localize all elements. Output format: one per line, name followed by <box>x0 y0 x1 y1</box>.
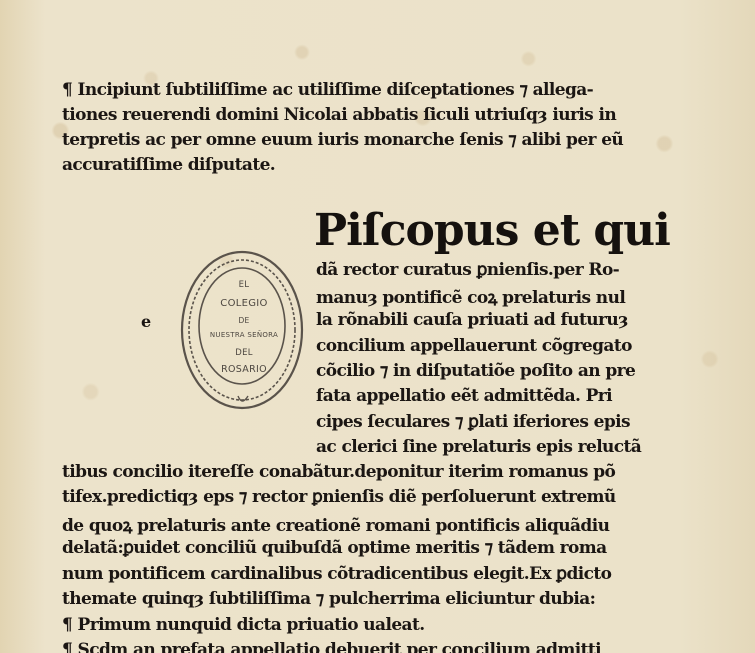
incipit-line-4: accuratiſſime diſputate. <box>62 155 275 175</box>
incipit-line-3: terpretis ac per omne euum iuris monarch… <box>62 130 623 150</box>
stamp-line-4: NUESTRA SEÑORA <box>178 331 310 339</box>
body-narrow-line-6: fata appellatio eẽt admittẽda. Pri <box>316 386 612 406</box>
body-narrow-line-3: la rõnabili cauſa priuati ad futuruȝ <box>316 310 628 330</box>
stamp-oval-icon <box>178 246 310 414</box>
stamp-line-6: ROSARIO <box>178 364 310 375</box>
body-narrow-line-4: concilium appellauerunt cõgregato <box>316 336 632 356</box>
body-wide-line-6: themate quinqȝ ſubtiliſſima ⁊ pulcherrim… <box>62 589 595 609</box>
document-page: ¶ Incipiunt ſubtiliſſime ac utiliſſime d… <box>0 0 755 653</box>
library-stamp: EL COLEGIO DE NUESTRA SEÑORA DEL ROSARIO <box>178 246 310 414</box>
body-narrow-line-2: manuȝ pontificẽ coꝝ prelaturis nul <box>316 285 625 308</box>
stamp-line-5: DEL <box>178 348 310 358</box>
body-wide-line-4: delatã:ꝑuidet conciliũ quibuſdã optime m… <box>62 538 607 558</box>
stamp-line-1: EL <box>178 280 310 290</box>
body-wide-line-1: tibus concilio itereſſe conabãtur.deponi… <box>62 462 615 482</box>
body-narrow-line-8: ac clerici ſine prelaturis epis reluctã <box>316 437 641 457</box>
incipit-line-2: tiones reuerendi domini Nicolai abbatis … <box>62 105 616 125</box>
body-narrow-line-7: cipes ſeculares ⁊ ꝑlati iferiores epis <box>316 412 630 432</box>
body-wide-line-7: ¶ Primum nunquid dicta priuatio ualeat. <box>62 615 425 635</box>
body-narrow-line-1: dã rector curatus ꝑnienſis.per Ro- <box>316 260 619 280</box>
stamp-line-2: COLEGIO <box>178 298 310 309</box>
body-wide-line-5: num pontificem cardinalibus cõtradicenti… <box>62 564 611 584</box>
incipit-line-1: ¶ Incipiunt ſubtiliſſime ac utiliſſime d… <box>62 80 593 100</box>
body-wide-line-3: de quoꝝ prelaturis ante creationẽ romani… <box>62 513 609 536</box>
heading-initial-text: Piſcopus et qui <box>314 205 670 256</box>
body-narrow-line-5: cõcilio ⁊ in diſputatiõe poſito an pre <box>316 361 635 381</box>
body-wide-line-2: tifex.predictiqȝ eps ⁊ rector ꝑnienſis d… <box>62 487 616 507</box>
stamp-line-3: DE <box>178 316 310 325</box>
body-wide-line-8: ¶ Scdm an prefata appellatio debuerit pe… <box>62 640 601 653</box>
margin-mark: e <box>141 312 151 331</box>
